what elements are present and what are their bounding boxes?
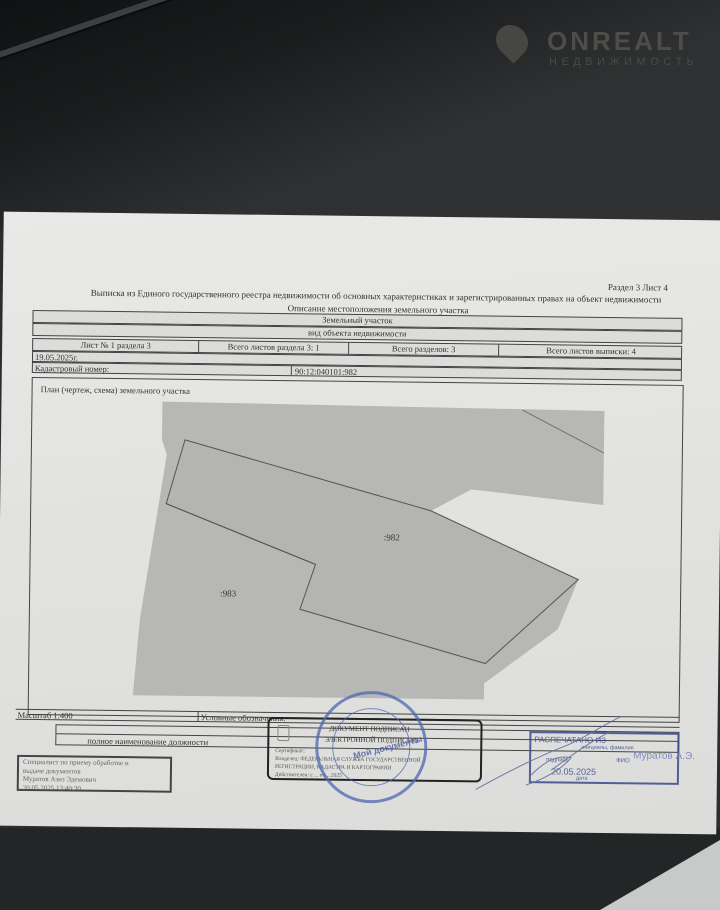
printed-from-stamp: РАСПЕЧАТАНО ИЗ инициалы, фамилия Муратов… (529, 731, 680, 785)
map-scale: Масштаб 1:400 (18, 710, 73, 721)
plan-label: План (чертеж, схема) земельного участка (41, 384, 191, 396)
watermark-brand: ONREALT (547, 26, 692, 57)
document-title: Выписка из Единого государственного реес… (91, 288, 662, 305)
emblem-icon (277, 725, 289, 741)
sheets-in-section: Всего листов раздела 3: 1 (199, 341, 349, 354)
extract-date: 19.05.2025г. (35, 352, 78, 362)
document-sheet: Раздел 3 Лист 4 Выписка из Единого госуд… (0, 212, 720, 835)
official-seal: Мой документы (315, 690, 428, 803)
position-caption: полное наименование должности (87, 736, 208, 747)
total-sheets: Всего листов выписки: 4 (499, 345, 683, 358)
paper-corner (600, 840, 720, 910)
parcel-label-983: :983 (220, 588, 237, 598)
cadastral-label: Кадастровый номер: (35, 363, 290, 375)
plan-frame: План (чертеж, схема) земельного участка … (28, 377, 684, 723)
section-sheet-number: Раздел 3 Лист 4 (608, 282, 668, 293)
e-signature-cert: Сертификат: (275, 748, 305, 754)
watermark-tagline: НЕДВИЖИМОСТЬ (549, 56, 698, 68)
specialist-timestamp: 20.05.2025 13:40:30 (23, 783, 166, 793)
specialist-box: Специалист по приему обработке и выдаче … (17, 755, 172, 793)
sheet-number: Лист № 1 раздела 3 (33, 339, 199, 352)
background-desk-bottom (0, 828, 720, 910)
parcel-label-982: :982 (384, 532, 400, 542)
parcel-map: :982 :983 (29, 398, 683, 721)
total-sections: Всего разделов: 3 (349, 343, 499, 356)
handwritten-signature (471, 714, 672, 796)
